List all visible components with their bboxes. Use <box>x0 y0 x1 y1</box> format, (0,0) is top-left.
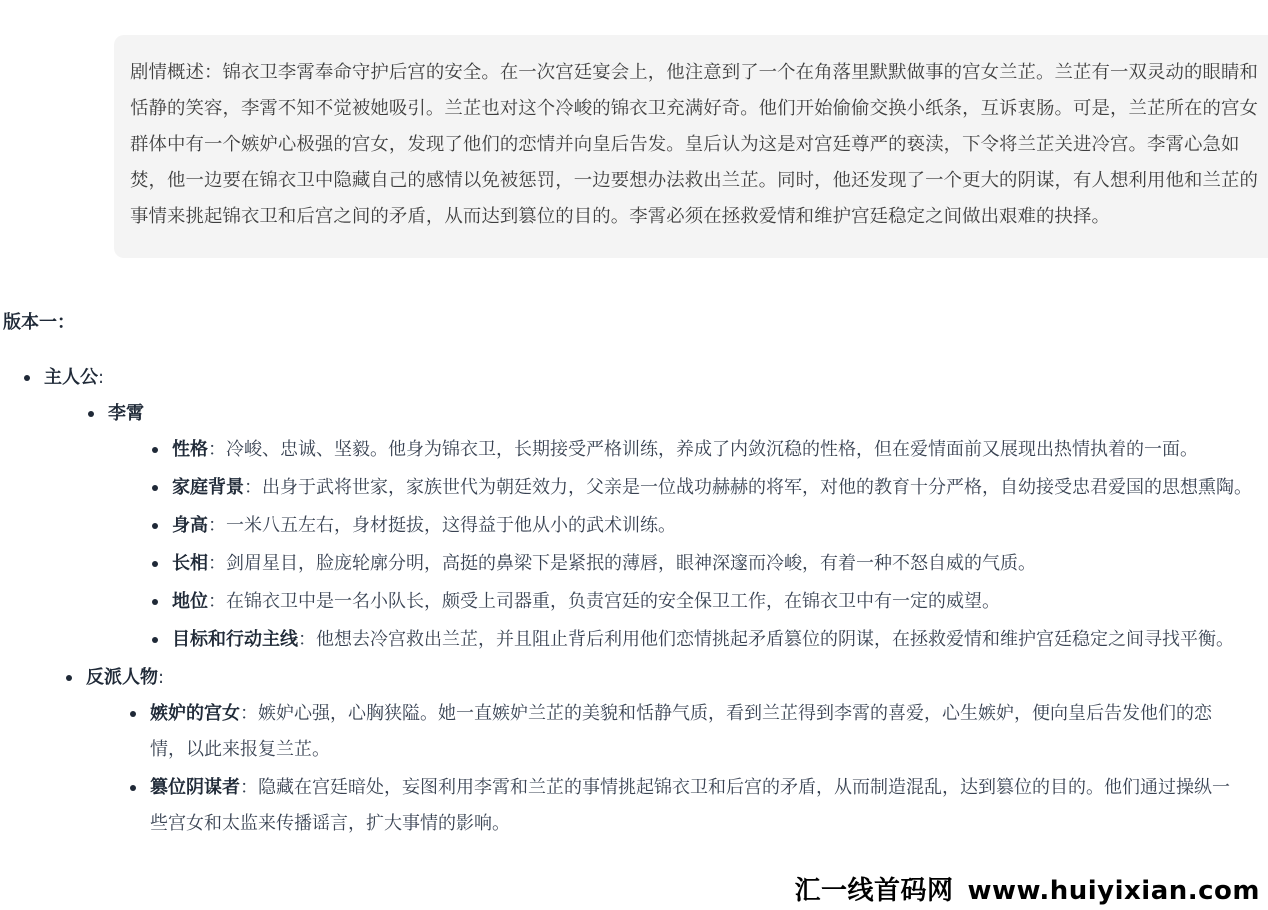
list-item-trait: 目标和行动主线：他想去冷宫救出兰芷，并且阻止背后利用他们恋情挑起矛盾篡位的阴谋，… <box>150 622 1260 658</box>
list-item-character: 李霄 性格：冷峻、忠诚、坚毅。他身为锦衣卫，长期接受严格训练，养成了内敛沉稳的性… <box>86 396 1262 658</box>
character-name: 李霄 <box>108 403 144 424</box>
antagonist-label: 嫉妒的宫女 <box>150 703 240 724</box>
trait-label: 性格 <box>172 439 208 460</box>
antagonist-text: 隐藏在宫廷暗处，妄图利用李霄和兰芷的事情挑起锦衣卫和后宫的矛盾，从而制造混乱，达… <box>150 777 1230 834</box>
trait-label: 地位 <box>172 591 208 612</box>
trait-text: 在锦衣卫中是一名小队长，颇受上司器重，负责宫廷的安全保卫工作，在锦衣卫中有一定的… <box>226 591 1000 612</box>
section-label: 反派人物 <box>86 667 158 688</box>
outline-list: 主人公: 李霄 性格：冷峻、忠诚、坚毅。他身为锦衣卫，长期接受严格训练，养成了内… <box>22 360 1262 844</box>
trait-label: 身高 <box>172 515 208 536</box>
trait-list: 性格：冷峻、忠诚、坚毅。他身为锦衣卫，长期接受严格训练，养成了内敛沉稳的性格，但… <box>150 432 1260 658</box>
version-title: 版本一： <box>3 308 75 334</box>
list-item-trait: 长相：剑眉星目，脸庞轮廓分明，高挺的鼻梁下是紧抿的薄唇，眼神深邃而冷峻，有着一种… <box>150 546 1260 582</box>
section-label: 主人公 <box>44 367 98 388</box>
list-item-trait: 地位：在锦衣卫中是一名小队长，颇受上司器重，负责宫廷的安全保卫工作，在锦衣卫中有… <box>150 584 1260 620</box>
antagonist-text: 嫉妒心强，心胸狭隘。她一直嫉妒兰芷的美貌和恬静气质，看到兰芷得到李霄的喜爱，心生… <box>150 703 1212 760</box>
list-item-trait: 家庭背景：出身于武将世家，家族世代为朝廷效力，父亲是一位战功赫赫的将军，对他的教… <box>150 470 1260 506</box>
list-item-protagonist: 主人公: 李霄 性格：冷峻、忠诚、坚毅。他身为锦衣卫，长期接受严格训练，养成了内… <box>22 360 1262 658</box>
list-item-antagonists: 反派人物: 嫉妒的宫女：嫉妒心强，心胸狭隘。她一直嫉妒兰芷的美貌和恬静气质，看到… <box>64 660 1262 842</box>
protagonist-list: 李霄 性格：冷峻、忠诚、坚毅。他身为锦衣卫，长期接受严格训练，养成了内敛沉稳的性… <box>86 396 1262 658</box>
trait-text: 一米八五左右，身材挺拔，这得益于他从小的武术训练。 <box>226 515 676 536</box>
list-item-trait: 性格：冷峻、忠诚、坚毅。他身为锦衣卫，长期接受严格训练，养成了内敛沉稳的性格，但… <box>150 432 1260 468</box>
antagonist-label: 篡位阴谋者 <box>150 777 240 798</box>
trait-label: 目标和行动主线 <box>172 629 298 650</box>
list-item-trait: 身高：一米八五左右，身材挺拔，这得益于他从小的武术训练。 <box>150 508 1260 544</box>
list-item-antagonist: 嫉妒的宫女：嫉妒心强，心胸狭隘。她一直嫉妒兰芷的美貌和恬静气质，看到兰芷得到李霄… <box>128 696 1238 768</box>
trait-text: 出身于武将世家，家族世代为朝廷效力，父亲是一位战功赫赫的将军，对他的教育十分严格… <box>262 477 1252 498</box>
trait-text: 剑眉星目，脸庞轮廓分明，高挺的鼻梁下是紧抿的薄唇，眼神深邃而冷峻，有着一种不怒自… <box>226 553 1036 574</box>
trait-text: 他想去冷宫救出兰芷，并且阻止背后利用他们恋情挑起矛盾篡位的阴谋，在拯救爱情和维护… <box>316 629 1234 650</box>
watermark-url: www.huiyixian.com <box>967 876 1260 906</box>
plot-summary-box: 剧情概述：锦衣卫李霄奉命守护后宫的安全。在一次宫廷宴会上，他注意到了一个在角落里… <box>114 35 1268 258</box>
trait-label: 长相 <box>172 553 208 574</box>
watermark: 汇一线首码网www.huiyixian.com <box>790 874 1264 908</box>
watermark-site-name: 汇一线首码网 <box>794 876 953 906</box>
trait-label: 家庭背景 <box>172 477 244 498</box>
plot-summary-text: 剧情概述：锦衣卫李霄奉命守护后宫的安全。在一次宫廷宴会上，他注意到了一个在角落里… <box>130 55 1258 235</box>
list-item-antagonist: 篡位阴谋者：隐藏在宫廷暗处，妄图利用李霄和兰芷的事情挑起锦衣卫和后宫的矛盾，从而… <box>128 770 1238 842</box>
antagonist-list: 嫉妒的宫女：嫉妒心强，心胸狭隘。她一直嫉妒兰芷的美貌和恬静气质，看到兰芷得到李霄… <box>128 696 1238 842</box>
trait-text: 冷峻、忠诚、坚毅。他身为锦衣卫，长期接受严格训练，养成了内敛沉稳的性格，但在爱情… <box>226 439 1198 460</box>
